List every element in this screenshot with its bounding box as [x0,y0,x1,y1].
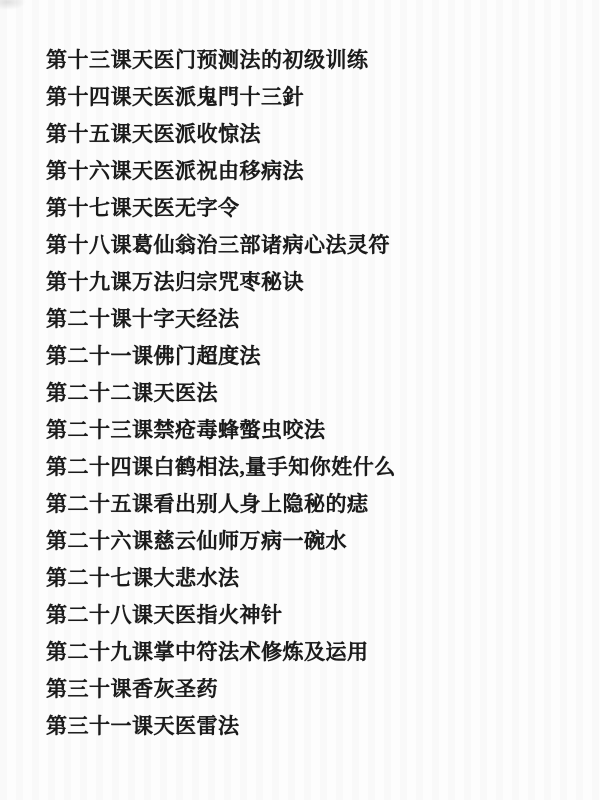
toc-line: 第二十三课禁疮毒蜂螫虫咬法 [46,412,580,449]
toc-line: 第十三课天医门预测法的初级训练 [46,42,580,79]
scan-smudge [0,0,26,10]
toc-line: 第二十课十字天经法 [46,301,580,338]
toc-line: 第二十八课天医指火神针 [46,597,580,634]
toc-line: 第二十一课佛门超度法 [46,338,580,375]
toc-line: 第二十九课掌中符法术修炼及运用 [46,634,580,671]
toc-line: 第十五课天医派收惊法 [46,116,580,153]
toc-line: 第十七课天医无字令 [46,190,580,227]
toc-line: 第二十四课白鹤相法,量手知你姓什么 [46,449,580,486]
toc-line: 第二十五课看出别人身上隐秘的痣 [46,486,580,523]
table-of-contents: 第十三课天医门预测法的初级训练 第十四课天医派鬼門十三針 第十五课天医派收惊法 … [46,42,580,745]
toc-line: 第十九课万法归宗咒枣秘诀 [46,264,580,301]
scanned-page: 第十三课天医门预测法的初级训练 第十四课天医派鬼門十三針 第十五课天医派收惊法 … [0,0,600,800]
toc-line: 第十六课天医派祝由移病法 [46,153,580,190]
toc-line: 第二十二课天医法 [46,375,580,412]
toc-line: 第二十六课慈云仙师万病一碗水 [46,523,580,560]
toc-line: 第十四课天医派鬼門十三針 [46,79,580,116]
toc-line: 第十八课葛仙翁治三部诸病心法灵符 [46,227,580,264]
toc-line: 第三十一课天医雷法 [46,708,580,745]
toc-line: 第二十七课大悲水法 [46,560,580,597]
toc-line: 第三十课香灰圣药 [46,671,580,708]
